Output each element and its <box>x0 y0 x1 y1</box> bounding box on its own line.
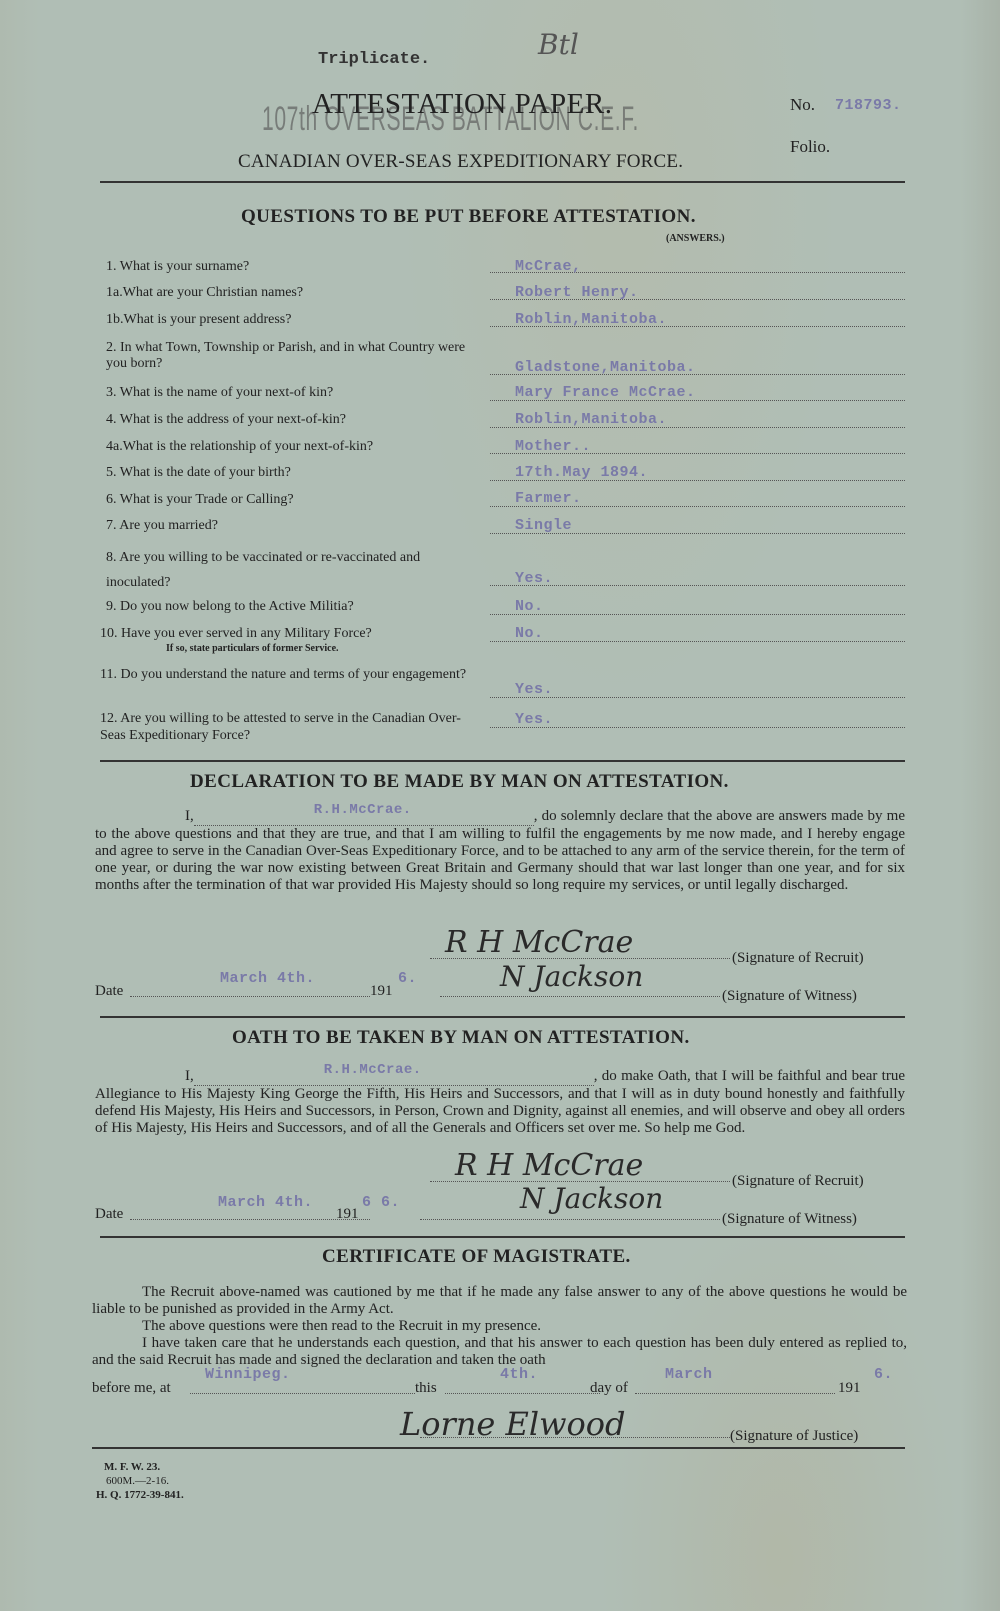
document-title: ATTESTATION PAPER. <box>312 88 612 121</box>
oath-date-label: Date <box>95 1206 123 1223</box>
question-1b: 1b.What is your present address? <box>106 312 476 328</box>
this-label: this <box>415 1380 437 1397</box>
answer-line-10 <box>490 641 905 642</box>
divider <box>100 1236 905 1238</box>
question-1a: 1a.What are your Christian names? <box>106 285 476 301</box>
answer-married: Single <box>515 517 572 534</box>
certificate-place: Winnipeg. <box>205 1366 291 1383</box>
oath-witness-signature-line <box>420 1219 720 1220</box>
print-run: 600M.—2-16. <box>106 1474 169 1488</box>
document-subtitle: CANADIAN OVER-SEAS EXPEDITIONARY FORCE. <box>238 151 683 173</box>
answer-militia: No. <box>515 598 544 615</box>
answer-next-of-kin: Mary France McCrae. <box>515 384 696 401</box>
certificate-text: The Recruit above-named was cautioned by… <box>92 1284 907 1369</box>
question-3: 3. What is the name of your next-of kin? <box>106 385 476 401</box>
hq-reference: H. Q. 1772-39-841. <box>96 1488 184 1502</box>
certificate-year-suffix: 6. <box>874 1366 893 1383</box>
witness-signature-line <box>440 996 720 997</box>
answer-christian-names: Robert Henry. <box>515 284 639 301</box>
divider <box>100 760 905 762</box>
day-line <box>445 1393 600 1394</box>
oath-heading: OATH TO BE TAKEN BY MAN ON ATTESTATION. <box>232 1027 690 1049</box>
handwritten-mark: Btl <box>538 28 579 61</box>
oath-text: I,R.H.McCrae. , do make Oath, that I wil… <box>95 1068 905 1137</box>
answer-next-of-kin-address: Roblin,Manitoba. <box>515 411 667 428</box>
oath-date-line <box>130 1219 370 1220</box>
witness-signature-label: (Signature of Witness) <box>722 988 857 1005</box>
question-4a: 4a.What is the relationship of your next… <box>106 439 486 455</box>
question-11: 11. Do you understand the nature and ter… <box>100 666 480 684</box>
certificate-year-prefix: 191 <box>838 1380 861 1397</box>
declaration-name: R.H.McCrae. <box>224 802 412 819</box>
oath-date: March 4th. <box>218 1194 313 1211</box>
questions-heading: QUESTIONS TO BE PUT BEFORE ATTESTATION. <box>241 206 696 228</box>
oath-recruit-signature-label: (Signature of Recruit) <box>732 1173 864 1190</box>
justice-signature: Lorne Elwood <box>400 1405 626 1443</box>
answer-vaccinated: Yes. <box>515 570 553 587</box>
recruit-signature-label: (Signature of Recruit) <box>732 950 864 967</box>
oath-year-suffix: 6 6. <box>362 1194 400 1211</box>
divider <box>92 1447 905 1449</box>
answer-trade: Farmer. <box>515 490 582 507</box>
before-me-label: before me, at <box>92 1380 171 1397</box>
question-6: 6. What is your Trade or Calling? <box>106 492 476 508</box>
place-line <box>190 1393 415 1394</box>
answer-surname: McCrae, <box>515 258 582 275</box>
date-line <box>130 996 370 997</box>
number-label: No. <box>790 95 815 115</box>
question-4: 4. What is the address of your next-of-k… <box>106 412 476 428</box>
answers-label: (ANSWERS.) <box>666 233 725 244</box>
question-7: 7. Are you married? <box>106 518 476 534</box>
question-12: 12. Are you willing to be attested to se… <box>100 710 480 744</box>
divider <box>100 181 905 183</box>
attestation-paper: Triplicate. Btl 107th OVERSEAS BATTALION… <box>0 0 1000 1611</box>
year-suffix: 6. <box>398 970 417 987</box>
oath-witness-signature: N Jackson <box>520 1182 663 1215</box>
folio-label: Folio. <box>790 137 830 157</box>
question-1: 1. What is your surname? <box>106 259 476 275</box>
copy-label: Triplicate. <box>318 50 430 69</box>
answer-birth-date: 17th.May 1894. <box>515 464 648 481</box>
declaration-text: I,R.H.McCrae. , do solemnly declare that… <box>95 808 905 894</box>
oath-witness-signature-label: (Signature of Witness) <box>722 1211 857 1228</box>
answer-relationship: Mother.. <box>515 438 591 455</box>
question-10-note: If so, state particulars of former Servi… <box>166 643 339 654</box>
declaration-heading: DECLARATION TO BE MADE BY MAN ON ATTESTA… <box>190 771 729 793</box>
year-prefix: 191 <box>370 983 393 1000</box>
question-8: 8. Are you willing to be vaccinated or r… <box>106 545 476 595</box>
declaration-date: March 4th. <box>220 970 315 987</box>
day-of-label: day of <box>590 1380 628 1397</box>
question-9: 9. Do you now belong to the Active Milit… <box>106 599 476 615</box>
answer-military-service: No. <box>515 625 544 642</box>
form-code: M. F. W. 23. <box>104 1460 160 1474</box>
answer-present-address: Roblin,Manitoba. <box>515 311 667 328</box>
oath-recruit-signature: R H McCrae <box>455 1148 643 1183</box>
question-2: 2. In what Town, Township or Parish, and… <box>106 340 476 372</box>
oath-name: R.H.McCrae. <box>234 1062 422 1079</box>
divider <box>100 1016 905 1018</box>
recruit-signature: R H McCrae <box>445 925 633 960</box>
justice-signature-label: (Signature of Justice) <box>730 1428 858 1445</box>
answer-birthplace: Gladstone,Manitoba. <box>515 359 696 376</box>
question-10: 10. Have you ever served in any Military… <box>100 626 480 642</box>
answer-understand-terms: Yes. <box>515 681 553 698</box>
certificate-day: 4th. <box>500 1366 538 1383</box>
oath-year-prefix: 191 <box>336 1206 359 1223</box>
witness-signature: N Jackson <box>500 960 643 993</box>
certificate-month: March <box>665 1366 713 1383</box>
certificate-heading: CERTIFICATE OF MAGISTRATE. <box>322 1246 631 1268</box>
answer-line-9 <box>490 614 905 615</box>
question-5: 5. What is the date of your birth? <box>106 465 476 481</box>
answer-willing-attest: Yes. <box>515 711 553 728</box>
date-label: Date <box>95 983 123 1000</box>
month-line <box>635 1393 835 1394</box>
attestation-number: 718793. <box>835 97 902 114</box>
